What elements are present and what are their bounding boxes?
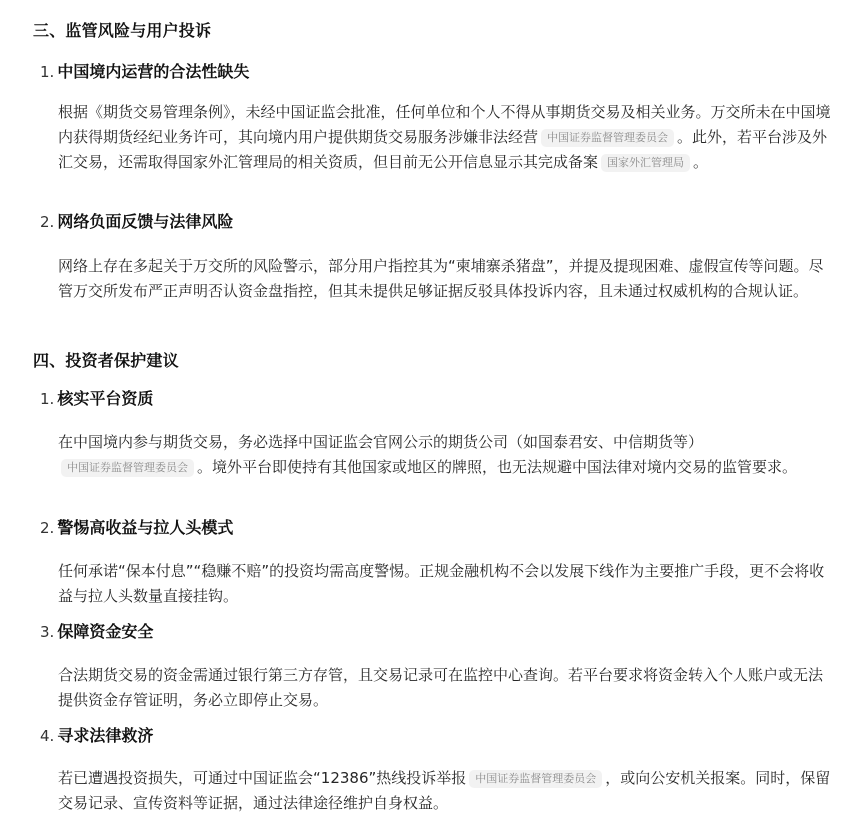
source-tag[interactable]: 中国证券监督管理委员会 [61, 459, 194, 477]
item-title: 2.警惕高收益与拉人头模式 [40, 515, 233, 538]
paragraph: 合法期货交易的资金需通过银行第三方存管，且交易记录可在监控中心查询。若平台要求将… [58, 663, 834, 713]
paragraph: 网络上存在多起关于万交所的风险警示，部分用户指控其为“柬埔寨杀猪盘”，并提及提现… [58, 254, 834, 304]
item-number: 1. [40, 63, 54, 81]
item-title-text: 核实平台资质 [57, 389, 153, 408]
item-title-text: 寻求法律救济 [57, 726, 153, 745]
item-number: 1. [40, 390, 54, 408]
item-title: 3.保障资金安全 [40, 619, 153, 642]
item-number: 2. [40, 519, 54, 537]
item-number: 4. [40, 727, 54, 745]
source-tag[interactable]: 国家外汇管理局 [601, 154, 690, 172]
item-title: 1.核实平台资质 [40, 386, 153, 409]
item-number: 2. [40, 213, 54, 231]
paragraph-text: 。境外平台即使持有其他国家或地区的牌照，也无法规避中国法律对境内交易的监管要求。 [197, 458, 797, 476]
paragraph-text: 任何承诺“保本付息”“稳赚不赔”的投资均需高度警惕。正规金融机构不会以发展下线作… [58, 562, 824, 605]
item-title-text: 网络负面反馈与法律风险 [57, 212, 233, 231]
item-title-text: 保障资金安全 [57, 622, 153, 641]
paragraph-text: 网络上存在多起关于万交所的风险警示，部分用户指控其为“柬埔寨杀猪盘”，并提及提现… [58, 257, 824, 300]
item-title: 1.中国境内运营的合法性缺失 [40, 59, 249, 82]
paragraph: 任何承诺“保本付息”“稳赚不赔”的投资均需高度警惕。正规金融机构不会以发展下线作… [58, 559, 834, 609]
paragraph: 若已遭遇投资损失，可通过中国证监会“12386”热线投诉举报中国证券监督管理委员… [58, 766, 834, 816]
item-title: 2.网络负面反馈与法律风险 [40, 209, 233, 232]
paragraph: 在中国境内参与期货交易，务必选择中国证监会官网公示的期货公司（如国泰君安、中信期… [58, 430, 834, 480]
paragraph-text: 在中国境内参与期货交易，务必选择中国证监会官网公示的期货公司（如国泰君安、中信期… [58, 433, 703, 451]
paragraph-text: 若已遭遇投资损失，可通过中国证监会“12386”热线投诉举报 [58, 769, 466, 787]
section-title: 四、投资者保护建议 [33, 348, 179, 371]
item-number: 3. [40, 623, 54, 641]
section-title: 三、监管风险与用户投诉 [33, 18, 211, 41]
paragraph-text: 合法期货交易的资金需通过银行第三方存管，且交易记录可在监控中心查询。若平台要求将… [58, 666, 823, 709]
source-tag[interactable]: 中国证券监督管理委员会 [469, 770, 602, 788]
source-tag[interactable]: 中国证券监督管理委员会 [541, 129, 674, 147]
paragraph: 根据《期货交易管理条例》，未经中国证监会批准，任何单位和个人不得从事期货交易及相… [58, 100, 834, 175]
item-title-text: 警惕高收益与拉人头模式 [57, 518, 233, 537]
paragraph-text: 。 [693, 153, 708, 171]
item-title: 4.寻求法律救济 [40, 723, 153, 746]
item-title-text: 中国境内运营的合法性缺失 [57, 62, 249, 81]
